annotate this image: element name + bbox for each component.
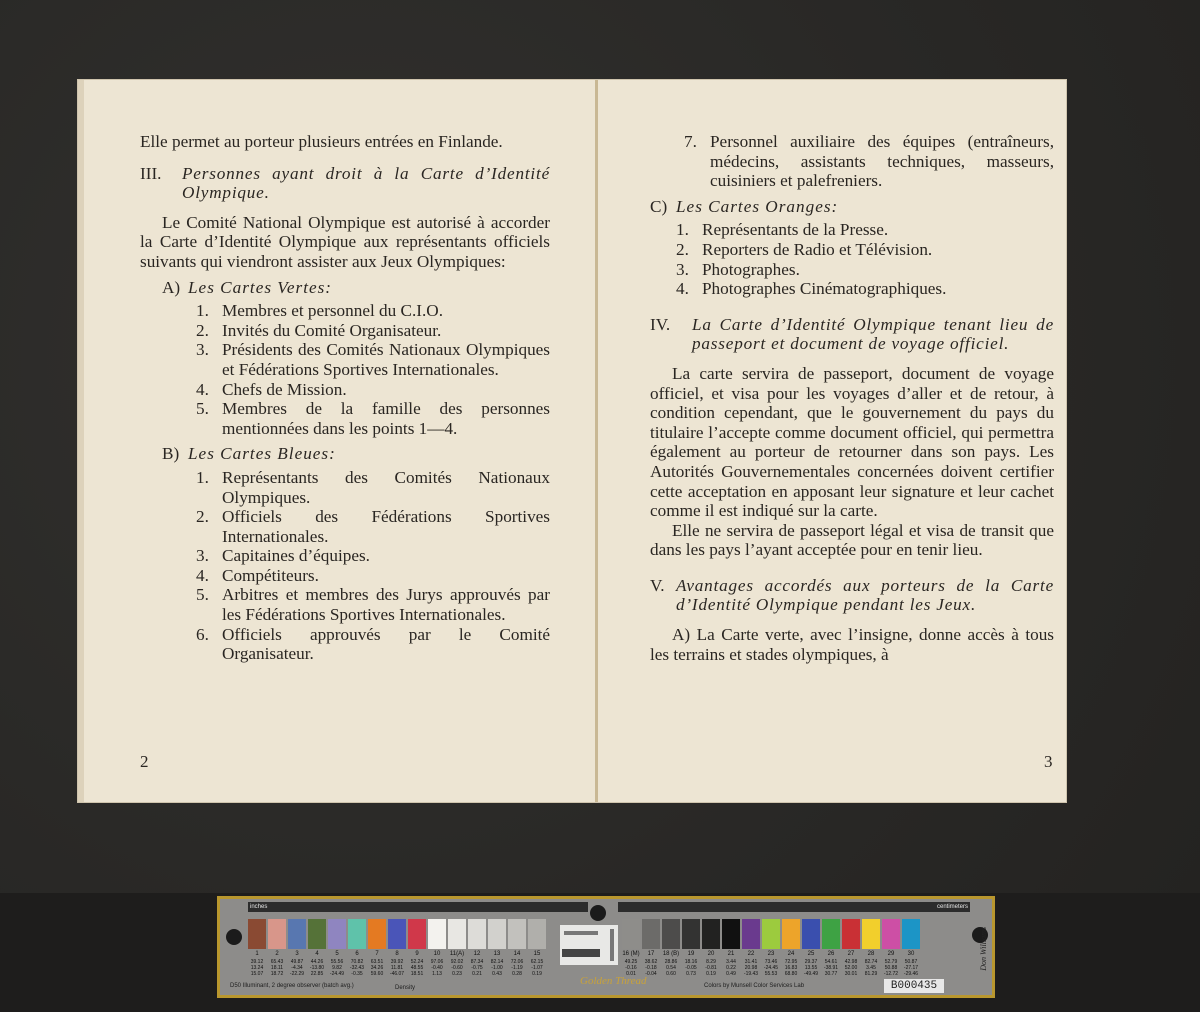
patch-number: 5: [328, 951, 346, 957]
color-patch: [822, 919, 840, 949]
color-patch: [448, 919, 466, 949]
list-item: 3.Présidents des Comités Nationaux Olymp…: [196, 340, 550, 379]
list-item: 3.Photographes.: [676, 260, 1054, 280]
patch-number: 8: [388, 951, 406, 957]
list-item: 2.Officiels des Fédérations Sportives In…: [196, 507, 550, 546]
left-page: Elle permet au porteur plusieurs entrées…: [78, 80, 596, 802]
color-patch: [702, 919, 720, 949]
group-b-list: 1.Représentants des Comités Nationaux Ol…: [140, 468, 550, 664]
color-patch: [388, 919, 406, 949]
patch-number: 3: [288, 951, 306, 957]
section-iv-paragraph-2: Elle ne servira de passeport légal et vi…: [650, 521, 1054, 560]
list-item: 1.Représentants des Comités Nationaux Ol…: [196, 468, 550, 507]
color-patch: [882, 919, 900, 949]
right-page: 7.Personnel auxiliaire des équipes (entr…: [598, 80, 1066, 802]
patch-number: 14: [508, 951, 526, 957]
section-iv-heading: IV. La Carte d’Identité Olympique tenant…: [650, 315, 1054, 354]
color-patch: [368, 919, 386, 949]
patch-number: 20: [702, 951, 720, 957]
patch-numbers-left: 1234567891011(A)12131415: [248, 951, 546, 957]
patch-number: 4: [308, 951, 326, 957]
group-c-list: 1.Représentants de la Presse. 2.Reporter…: [650, 220, 1054, 298]
group-label: Les Cartes Oranges:: [676, 197, 838, 217]
section-title: La Carte d’Identité Olympique tenant lie…: [692, 315, 1054, 354]
color-patch: [742, 919, 760, 949]
patch-number: 1: [248, 951, 266, 957]
list-item: 2.Invités du Comité Organisateur.: [196, 321, 550, 341]
color-patch: [782, 919, 800, 949]
section-v-paragraph-a: A) La Carte verte, avec l’insigne, donne…: [650, 625, 1054, 664]
patch-number: 23: [762, 951, 780, 957]
patch-number: 30: [902, 951, 920, 957]
lab-values-right: 49.2538.6228.8618.168.293.4431.4173.4672…: [622, 959, 920, 977]
color-patch: [722, 919, 740, 949]
patch-number: 18 (B): [662, 951, 680, 957]
section-number: III.: [140, 164, 182, 203]
color-patch: [348, 919, 366, 949]
color-patch: [842, 919, 860, 949]
intro-paragraph: Elle permet au porteur plusieurs entrées…: [140, 132, 550, 152]
list-item: 5.Membres de la famille des personnes me…: [196, 399, 550, 438]
section-title: Avantages accordés aux porteurs de la Ca…: [676, 576, 1054, 615]
color-patch: [528, 919, 546, 949]
registration-dot-icon: [226, 929, 242, 945]
color-patch: [862, 919, 880, 949]
group-letter: B): [162, 444, 188, 464]
list-item: 1.Membres et personnel du C.I.O.: [196, 301, 550, 321]
section-iii-paragraph: Le Comité National Olympique est autoris…: [140, 213, 550, 272]
color-calibration-target: inches centimeters 1234567891011(A)12131…: [217, 896, 995, 998]
color-patch: [248, 919, 266, 949]
color-patch: [408, 919, 426, 949]
list-item: 4.Chefs de Mission.: [196, 380, 550, 400]
color-patch: [508, 919, 526, 949]
color-patches-left: [248, 919, 546, 949]
patch-number: 16 (M): [622, 951, 640, 957]
gray-scale-inset: [560, 925, 618, 965]
group-b-heading: B) Les Cartes Bleues:: [162, 444, 550, 464]
list-item: 4.Photographes Cinématographiques.: [676, 279, 1054, 299]
patch-number: 11(A): [448, 951, 466, 957]
list-item: 2.Reporters de Radio et Télévision.: [676, 240, 1054, 260]
color-patch: [662, 919, 680, 949]
registration-dot-icon: [590, 905, 606, 921]
patch-number: 15: [528, 951, 546, 957]
patch-number: 17: [642, 951, 660, 957]
patch-numbers-right: 16 (M)1718 (B)192021222324252627282930: [622, 951, 920, 957]
patch-number: 6: [348, 951, 366, 957]
left-page-text: Elle permet au porteur plusieurs entrées…: [140, 132, 550, 664]
patch-number: 2: [268, 951, 286, 957]
group-letter: C): [650, 197, 676, 217]
color-patch: [902, 919, 920, 949]
color-patch: [622, 919, 640, 949]
page-number: 2: [140, 752, 149, 772]
serial-number: B000435: [884, 979, 944, 993]
patch-number: 22: [742, 951, 760, 957]
section-title: Personnes ayant droit à la Carte d’Ident…: [182, 164, 550, 203]
group-label: Les Cartes Bleues:: [188, 444, 336, 464]
section-number: IV.: [650, 315, 692, 354]
patch-number: 29: [882, 951, 900, 957]
section-iv-paragraph-1: La carte servira de passeport, document …: [650, 364, 1054, 521]
section-iii-heading: III. Personnes ayant droit à la Carte d’…: [140, 164, 550, 203]
patch-number: 27: [842, 951, 860, 957]
group-c-heading: C) Les Cartes Oranges:: [650, 197, 1054, 217]
list-item: 3.Capitaines d’équipes.: [196, 546, 550, 566]
right-page-text: 7.Personnel auxiliaire des équipes (entr…: [650, 132, 1054, 664]
booklet-spread: Elle permet au porteur plusieurs entrées…: [78, 80, 1066, 802]
group-b-continued-list: 7.Personnel auxiliaire des équipes (entr…: [650, 132, 1054, 191]
patch-number: 7: [368, 951, 386, 957]
color-patch: [328, 919, 346, 949]
patch-number: 12: [468, 951, 486, 957]
list-item: 6.Officiels approuvés par le Comité Orga…: [196, 625, 550, 664]
signature: Don Williams: [979, 927, 988, 971]
patch-number: 28: [862, 951, 880, 957]
section-number: V.: [650, 576, 676, 615]
color-patch: [288, 919, 306, 949]
color-patch: [468, 919, 486, 949]
color-patch: [268, 919, 286, 949]
color-patch: [762, 919, 780, 949]
section-v-heading: V. Avantages accordés aux porteurs de la…: [650, 576, 1054, 615]
lab-values-left: 39.1265.4349.8744.2655.5670.8263.5139.92…: [248, 959, 546, 977]
patch-number: 10: [428, 951, 446, 957]
group-label: Les Cartes Vertes:: [188, 278, 332, 298]
color-patches-right: [622, 919, 920, 949]
list-item: 7.Personnel auxiliaire des équipes (entr…: [684, 132, 1054, 191]
patch-number: 26: [822, 951, 840, 957]
group-letter: A): [162, 278, 188, 298]
patch-number: 24: [782, 951, 800, 957]
illuminant-note: D50 Illuminant, 2 degree observer (batch…: [230, 983, 354, 989]
list-item: 1.Représentants de la Presse.: [676, 220, 1054, 240]
color-patch: [802, 919, 820, 949]
color-patch: [428, 919, 446, 949]
patch-number: 9: [408, 951, 426, 957]
group-a-list: 1.Membres et personnel du C.I.O. 2.Invit…: [140, 301, 550, 438]
patch-number: 13: [488, 951, 506, 957]
list-item: 4.Compétiteurs.: [196, 566, 550, 586]
color-patch: [488, 919, 506, 949]
list-item: 5.Arbitres et membres des Jurys approuvé…: [196, 585, 550, 624]
density-label: Density: [395, 985, 415, 991]
group-a-heading: A) Les Cartes Vertes:: [162, 278, 550, 298]
color-patch: [308, 919, 326, 949]
patch-number: 25: [802, 951, 820, 957]
color-patch: [642, 919, 660, 949]
page-number: 3: [1044, 752, 1053, 772]
patch-number: 21: [722, 951, 740, 957]
centimeters-ruler: centimeters: [618, 902, 970, 912]
inches-ruler: inches: [248, 902, 588, 912]
brand-script: Golden Thread: [580, 975, 647, 987]
munsell-credit: Colors by Munsell Color Services Lab: [704, 983, 804, 989]
patch-number: 19: [682, 951, 700, 957]
color-patch: [682, 919, 700, 949]
